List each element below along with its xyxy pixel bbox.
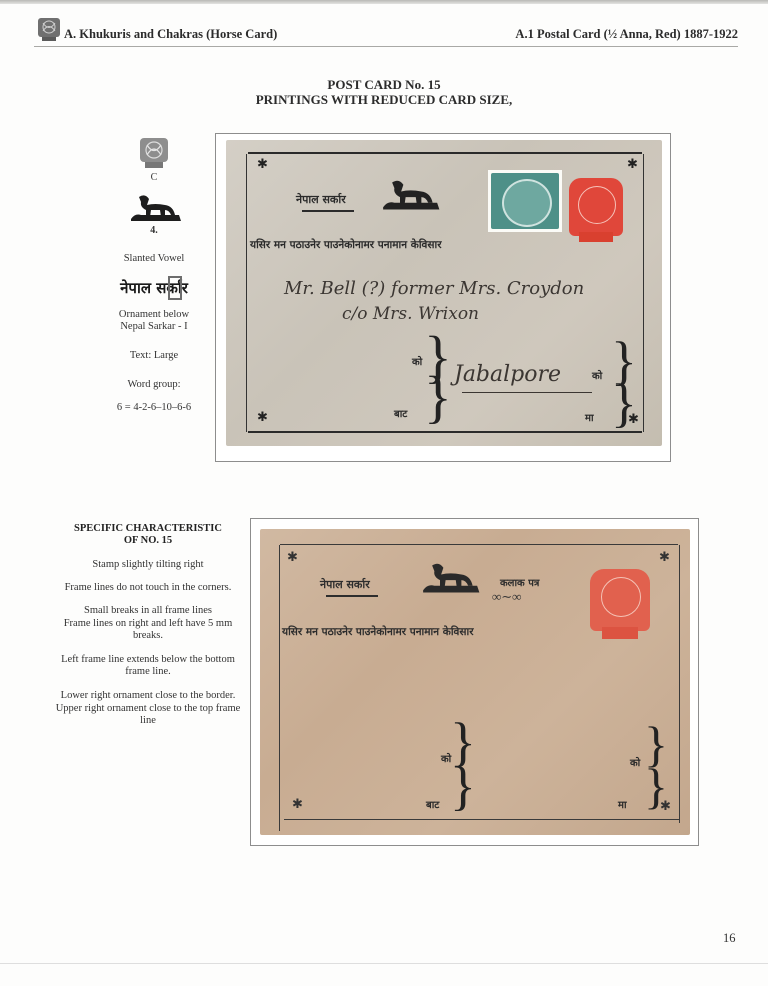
card-body-devanagari: यसिर मन पठाउनेर पाउनेकोनामर पनामान केविस… — [250, 238, 442, 252]
characteristic-item: Lower right ornament close to the border… — [48, 690, 248, 727]
page-number: 16 — [723, 931, 736, 946]
bracket-label: बाट — [394, 406, 407, 420]
bracket-icon: } — [450, 759, 476, 813]
bracket-label: बाट — [426, 797, 439, 811]
card-body-devanagari: यसिर मन पठाउनेर पाउनेकोनामर पनामान केविस… — [282, 625, 474, 639]
postcard-image-2[interactable]: ✱ ✱ ✱ ✱ नेपाल सर्कार कलाक पत्र ∞∼∞ यसिर … — [260, 529, 690, 835]
bracket-icon: } — [644, 761, 668, 811]
bracket-label: को — [592, 368, 602, 382]
bracket-icon: } — [424, 368, 452, 426]
scan-bottom-edge — [0, 963, 768, 964]
india-adhesive-stamp — [488, 170, 562, 232]
word-group-value: 6 = 4-2-6–10–6-6 — [96, 402, 212, 415]
chapter-title: A.1 Postal Card (½ Anna, Red) 1887-1922 — [515, 27, 738, 42]
card-1-frame: ✱ ✱ ✱ ✱ नेपाल सर्कार यसिर मन पठाउनेर पाउ… — [215, 133, 671, 462]
corner-ornament-icon: ✱ — [257, 409, 268, 425]
page-header: A. Khukuris and Chakras (Horse Card) A.1… — [34, 14, 738, 47]
bracket-icon: } — [611, 376, 637, 430]
bracket-label: मा — [618, 797, 627, 811]
title-line-1: POST CARD No. 15 — [0, 77, 768, 92]
corner-ornament-icon: ✱ — [292, 796, 303, 812]
characteristics-heading: SPECIFIC CHARACTERISTIC OF NO. 15 — [48, 523, 248, 547]
vowel-highlight-box — [168, 276, 182, 300]
page-title: POST CARD No. 15 PRINTINGS WITH REDUCED … — [0, 77, 768, 107]
address-line-3: Jabalpore — [454, 362, 561, 387]
corner-ornament-icon: ✱ — [287, 549, 298, 565]
ornament-label: Ornament below Nepal Sarkar - I — [96, 309, 212, 334]
corner-ornament-icon: ✱ — [627, 156, 638, 172]
horse-type-icon — [125, 193, 183, 225]
characteristic-item: Frame lines do not touch in the corners. — [48, 582, 248, 594]
ornament-line — [326, 595, 378, 597]
address-line-1: Mr. Bell (?) former Mrs. Croydon — [284, 278, 584, 299]
address-line-2: c/o Mrs. Wrixon — [342, 304, 479, 324]
card-type-devanagari: कलाक पत्र — [500, 575, 539, 589]
horse-emblem-icon — [376, 178, 442, 214]
card-header-devanagari: नेपाल सर्कार — [320, 577, 370, 592]
bracket-label: को — [412, 354, 422, 368]
ornament-flourish-icon: ∞∼∞ — [492, 589, 521, 605]
characteristic-item: Small breaks in all frame lines Frame li… — [48, 605, 248, 642]
khukuri-chakra-emblem-icon — [36, 16, 62, 42]
ornament-line — [302, 210, 354, 212]
section-title: A. Khukuris and Chakras (Horse Card) — [64, 27, 277, 42]
postcard-image-1[interactable]: ✱ ✱ ✱ ✱ नेपाल सर्कार यसिर मन पठाउनेर पाउ… — [226, 140, 662, 446]
identification-panel: C 4. Slanted Vowel नेपाल सर्कार Ornament… — [96, 136, 212, 414]
bracket-label: मा — [585, 410, 594, 424]
stamp-type-c-icon — [137, 136, 171, 170]
card-header-devanagari: नेपाल सर्कार — [296, 192, 346, 207]
corner-ornament-icon: ✱ — [257, 156, 268, 172]
imprinted-stamp-1 — [569, 178, 623, 246]
corner-ornament-icon: ✱ — [659, 549, 670, 565]
horse-emblem-icon — [416, 561, 482, 597]
text-size-label: Text: Large — [96, 350, 212, 363]
characteristic-item: Stamp slightly tilting right — [48, 559, 248, 571]
characteristic-item: Left frame line extends below the bottom… — [48, 654, 248, 678]
imprinted-stamp-2 — [590, 569, 650, 643]
horse-type-label: 4. — [96, 225, 212, 238]
characteristics-panel: SPECIFIC CHARACTERISTIC OF NO. 15 Stamp … — [48, 523, 248, 727]
slanted-vowel-label: Slanted Vowel — [96, 253, 212, 266]
card-2-frame: ✱ ✱ ✱ ✱ नेपाल सर्कार कलाक पत्र ∞∼∞ यसिर … — [250, 518, 699, 846]
bracket-label: को — [630, 755, 640, 769]
scan-top-edge — [0, 0, 768, 4]
title-line-2: PRINTINGS WITH REDUCED CARD SIZE, — [0, 92, 768, 107]
stamp-type-label: C — [96, 172, 212, 185]
word-group-label: Word group: — [96, 379, 212, 392]
